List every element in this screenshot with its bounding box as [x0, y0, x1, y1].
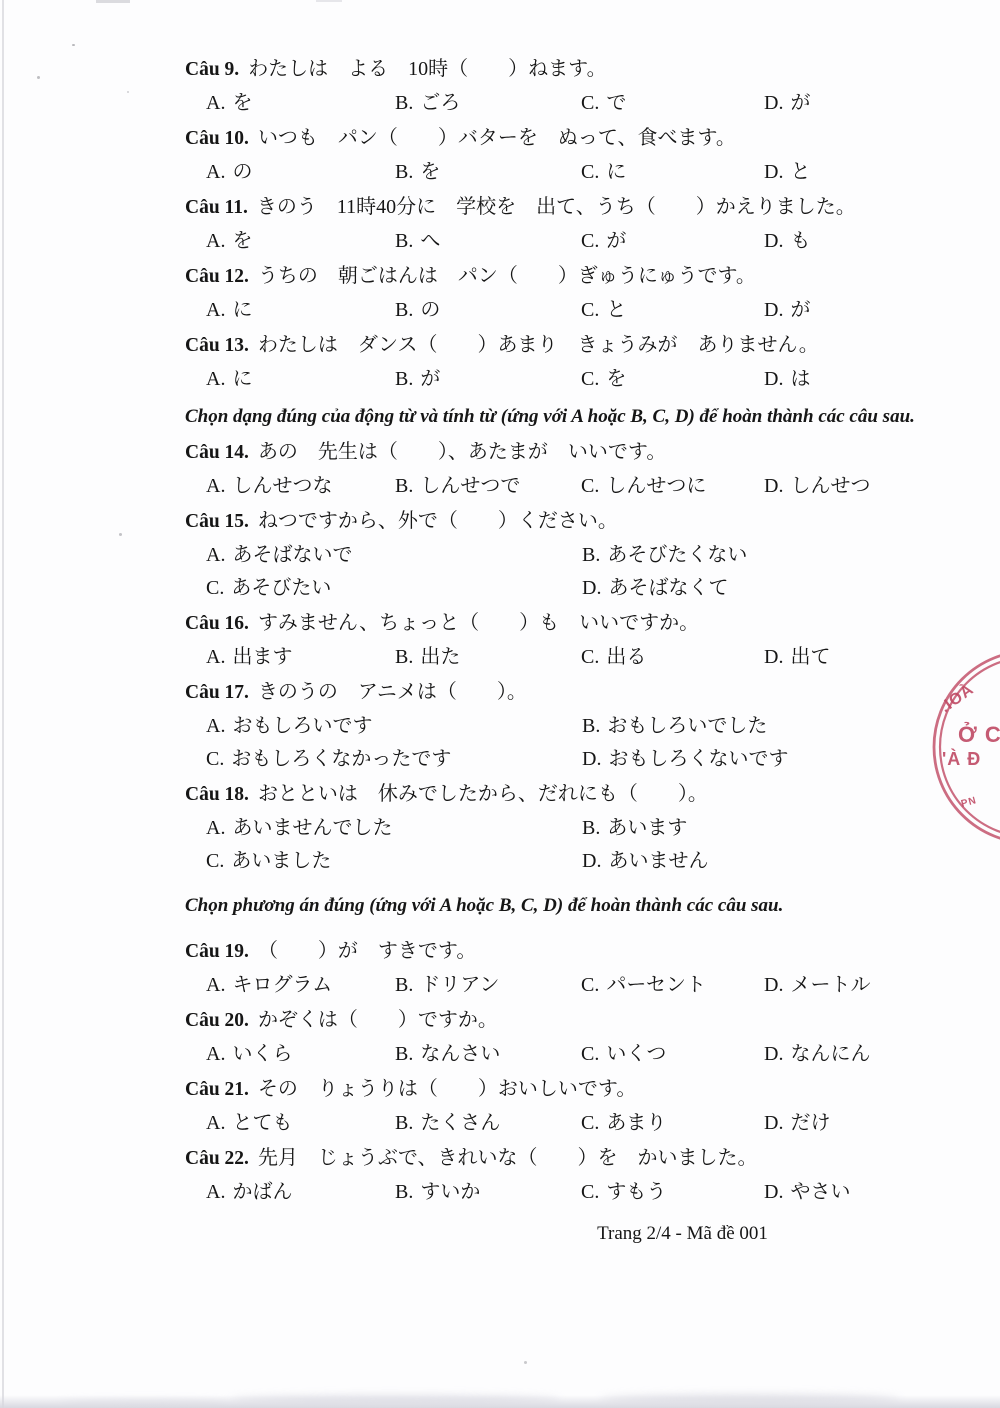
option-b: B.を — [395, 157, 581, 190]
question-text: おとといは 休みでしたから、だれにも（ ）。 — [258, 777, 708, 811]
option-text: を — [606, 368, 626, 390]
option-letter: C. — [581, 1181, 599, 1203]
option-letter: A. — [206, 230, 225, 252]
option-text: おもしろくなかったです — [231, 748, 451, 770]
question-number: Câu 13. — [185, 329, 249, 363]
question-number: Câu 19. — [185, 935, 249, 969]
option-text: も — [790, 230, 810, 252]
option-a: A.あそばないで — [206, 540, 582, 573]
scan-edge-bottom — [0, 1395, 1000, 1408]
option-text: あそびたい — [231, 577, 331, 599]
option-c: C.あまり — [581, 1108, 764, 1141]
option-a: A.おもしろいです — [206, 711, 582, 744]
official-stamp-partial: .IOÀ Ở C 'À Đ PN — [942, 645, 1000, 840]
option-letter: B. — [395, 646, 413, 668]
question-line: Câu 11.きのう 11時40分に 学校を 出て、うち（ ）かえりました。 — [185, 190, 925, 226]
option-c: C.を — [581, 364, 764, 397]
option-letter: A. — [206, 1181, 225, 1203]
option-letter: A. — [206, 715, 225, 737]
options-row: C.あいましたD.あいません — [185, 846, 925, 879]
option-letter: C. — [581, 475, 599, 497]
question-text: うちの 朝ごはんは パン（ ）ぎゅうにゅうです。 — [258, 259, 756, 293]
option-text: たくさん — [420, 1112, 500, 1134]
option-letter: B. — [395, 368, 413, 390]
option-letter: A. — [206, 92, 225, 114]
option-text: 出た — [420, 646, 460, 668]
option-b: B.しんせつで — [395, 471, 581, 504]
options-row: A.かばんB.すいかC.すもうD.やさい — [185, 1177, 925, 1210]
option-letter: D. — [764, 1181, 783, 1203]
option-letter: D. — [764, 299, 783, 321]
options-row: C.あそびたいD.あそばなくて — [185, 573, 925, 606]
option-text: あいませんでした — [232, 817, 392, 839]
question-number: Câu 18. — [185, 778, 249, 812]
option-d: D.メートル — [764, 970, 925, 1003]
option-text: メートル — [790, 974, 870, 996]
option-letter: D. — [764, 161, 783, 183]
option-a: A.に — [206, 364, 395, 397]
option-letter: A. — [206, 475, 225, 497]
option-a: A.とても — [206, 1108, 395, 1141]
question-text: わたしは よる 10時（ ）ねます。 — [248, 52, 606, 86]
option-text: は — [790, 368, 810, 390]
option-a: A.の — [206, 157, 395, 190]
option-a: A.しんせつな — [206, 471, 395, 504]
options-row: A.おもしろいですB.おもしろいでした — [185, 711, 925, 744]
option-d: D.おもしろくないです — [582, 744, 925, 777]
option-text: やさい — [790, 1181, 850, 1203]
option-letter: C. — [581, 230, 599, 252]
option-text: 出て — [790, 646, 830, 668]
option-b: B.たくさん — [395, 1108, 581, 1141]
stamp-small-text: PN — [960, 795, 978, 810]
question-text: いつも パン（ ）バターを ぬって、食べます。 — [258, 121, 736, 155]
question-list: Câu 9.わたしは よる 10時（ ）ねます。A.をB.ごろC.でD.がCâu… — [185, 52, 925, 1245]
question-line: Câu 15.ねつですから、外で（ ）ください。 — [185, 504, 925, 540]
option-d: D.しんせつ — [764, 471, 925, 504]
option-text: あそばなくて — [608, 577, 728, 599]
option-c: C.おもしろくなかったです — [206, 744, 582, 777]
option-c: C.いくつ — [581, 1039, 764, 1072]
options-row: A.にB.がC.をD.は — [185, 364, 925, 397]
option-letter: B. — [395, 475, 413, 497]
options-row: A.キログラムB.ドリアンC.パーセントD.メートル — [185, 970, 925, 1003]
question-line: Câu 14.あの 先生は（ ）、あたまが いいです。 — [185, 435, 925, 471]
option-text: の — [232, 161, 252, 183]
option-b: B.あそびたくない — [582, 540, 925, 573]
option-text: すもう — [606, 1181, 666, 1203]
option-letter: A. — [206, 368, 225, 390]
question-line: Câu 10.いつも パン（ ）バターを ぬって、食べます。 — [185, 121, 925, 157]
option-letter: A. — [206, 646, 225, 668]
question-line: Câu 20.かぞくは（ ）ですか。 — [185, 1003, 925, 1039]
question-number: Câu 22. — [185, 1142, 249, 1176]
option-c: C.と — [581, 295, 764, 328]
options-row: A.あいませんでしたB.あいます — [185, 813, 925, 846]
option-letter: C. — [206, 850, 224, 872]
question-text: わたしは ダンス（ ）あまり きょうみが ありません。 — [258, 328, 819, 362]
option-d: D.だけ — [764, 1108, 925, 1141]
option-a: A.を — [206, 88, 395, 121]
question-text: すみません、ちょっと（ ）も いいですか。 — [258, 606, 699, 640]
question-text: その りょうりは（ ）おいしいです。 — [258, 1072, 636, 1106]
option-d: D.やさい — [764, 1177, 925, 1210]
question-text: きのう 11時40分に 学校を 出て、うち（ ）かえりました。 — [257, 190, 856, 224]
option-text: しんせつな — [232, 475, 332, 497]
option-text: と — [790, 161, 810, 183]
option-d: D.は — [764, 364, 925, 397]
question-text: （ ）が すきです。 — [258, 934, 476, 968]
question-line: Câu 17.きのうの アニメは（ ）。 — [185, 675, 925, 711]
stamp-outer-ring — [934, 651, 1000, 843]
option-text: に — [606, 161, 626, 183]
question-number: Câu 17. — [185, 676, 249, 710]
option-c: C.すもう — [581, 1177, 764, 1210]
option-letter: D. — [764, 1112, 783, 1134]
option-letter: B. — [395, 1043, 413, 1065]
option-c: C.パーセント — [581, 970, 764, 1003]
option-b: B.おもしろいでした — [582, 711, 925, 744]
option-b: B.あいます — [582, 813, 925, 846]
question-text: あの 先生は（ ）、あたまが いいです。 — [258, 435, 666, 469]
option-d: D.あいません — [582, 846, 925, 879]
question-number: Câu 10. — [185, 122, 249, 156]
option-text: ドリアン — [420, 974, 499, 996]
option-text: に — [232, 368, 252, 390]
option-letter: C. — [581, 1043, 599, 1065]
option-c: C.で — [581, 88, 764, 121]
option-text: しんせつ — [790, 475, 870, 497]
scan-speck — [72, 44, 75, 46]
option-letter: A. — [206, 1043, 225, 1065]
option-text: いくつ — [606, 1043, 666, 1065]
option-text: しんせつで — [420, 475, 520, 497]
option-letter: B. — [582, 817, 600, 839]
option-c: C.しんせつに — [581, 471, 764, 504]
option-text: を — [420, 161, 440, 183]
option-text: で — [606, 92, 626, 114]
question-number: Câu 12. — [185, 260, 249, 294]
scan-speck — [127, 91, 129, 93]
option-letter: B. — [395, 1112, 413, 1134]
option-text: あいます — [607, 817, 687, 839]
option-letter: D. — [582, 850, 601, 872]
option-text: パーセント — [606, 974, 706, 996]
option-text: なんさい — [420, 1043, 500, 1065]
option-letter: C. — [581, 1112, 599, 1134]
option-letter: B. — [395, 161, 413, 183]
option-text: いくら — [232, 1043, 292, 1065]
option-text: キログラム — [232, 974, 332, 996]
option-a: A.あいませんでした — [206, 813, 582, 846]
scan-edge-top-mark — [316, 0, 342, 2]
option-letter: C. — [206, 748, 224, 770]
option-text: かばん — [232, 1181, 292, 1203]
question-line: Câu 18.おとといは 休みでしたから、だれにも（ ）。 — [185, 777, 925, 813]
option-text: を — [232, 230, 252, 252]
option-b: B.の — [395, 295, 581, 328]
option-b: B.ごろ — [395, 88, 581, 121]
option-d: D.も — [764, 226, 925, 259]
option-d: D.と — [764, 157, 925, 190]
option-text: あそばないで — [232, 544, 352, 566]
option-text: の — [420, 299, 440, 321]
question-number: Câu 21. — [185, 1073, 249, 1107]
options-row: A.とてもB.たくさんC.あまりD.だけ — [185, 1108, 925, 1141]
question-number: Câu 11. — [185, 191, 248, 225]
option-b: B.へ — [395, 226, 581, 259]
scan-edge-left — [2, 0, 4, 1408]
option-d: D.出て — [764, 642, 925, 675]
option-letter: A. — [206, 299, 225, 321]
option-d: D.なんにん — [764, 1039, 925, 1072]
option-letter: B. — [582, 544, 600, 566]
option-letter: B. — [395, 230, 413, 252]
option-text: とても — [232, 1112, 292, 1134]
option-text: が — [606, 230, 626, 252]
question-number: Câu 15. — [185, 505, 249, 539]
option-letter: A. — [206, 817, 225, 839]
option-text: 出ます — [232, 646, 292, 668]
options-row: A.出ますB.出たC.出るD.出て — [185, 642, 925, 675]
option-text: おもしろいでした — [607, 715, 767, 737]
option-text: あそびたくない — [607, 544, 747, 566]
option-letter: A. — [206, 974, 225, 996]
option-b: B.ドリアン — [395, 970, 581, 1003]
option-c: C.あそびたい — [206, 573, 582, 606]
question-text: かぞくは（ ）ですか。 — [258, 1003, 498, 1037]
question-number: Câu 16. — [185, 607, 249, 641]
option-d: D.あそばなくて — [582, 573, 925, 606]
option-b: B.なんさい — [395, 1039, 581, 1072]
stamp-center-text-2: 'À Đ — [942, 748, 981, 769]
options-row: A.のB.をC.にD.と — [185, 157, 925, 190]
option-letter: D. — [764, 1043, 783, 1065]
scan-speck — [524, 1361, 527, 1364]
option-text: おもしろいです — [232, 715, 372, 737]
stamp-center-text-1: Ở C — [958, 722, 1000, 747]
options-row: A.にB.のC.とD.が — [185, 295, 925, 328]
question-line: Câu 19.（ ）が すきです。 — [185, 934, 925, 970]
option-c: C.出る — [581, 642, 764, 675]
option-letter: D. — [764, 475, 783, 497]
question-text: ねつですから、外で（ ）ください。 — [258, 504, 618, 538]
options-row: C.おもしろくなかったですD.おもしろくないです — [185, 744, 925, 777]
page-footer: Trang 2/4 - Mã đề 001 — [315, 1223, 1000, 1245]
option-text: おもしろくないです — [608, 748, 788, 770]
option-letter: B. — [395, 1181, 413, 1203]
option-letter: B. — [395, 299, 413, 321]
question-line: Câu 21.その りょうりは（ ）おいしいです。 — [185, 1072, 925, 1108]
options-row: A.いくらB.なんさいC.いくつD.なんにん — [185, 1039, 925, 1072]
option-letter: C. — [581, 368, 599, 390]
option-letter: C. — [581, 92, 599, 114]
option-a: A.出ます — [206, 642, 395, 675]
option-a: A.キログラム — [206, 970, 395, 1003]
options-row: A.をB.へC.がD.も — [185, 226, 925, 259]
scan-speck — [119, 533, 122, 536]
option-letter: C. — [581, 974, 599, 996]
option-text: に — [232, 299, 252, 321]
option-d: D.が — [764, 88, 925, 121]
question-text: きのうの アニメは（ ）。 — [258, 675, 527, 709]
option-text: が — [790, 92, 810, 114]
scan-speck — [37, 76, 40, 79]
option-letter: D. — [764, 974, 783, 996]
option-letter: A. — [206, 1112, 225, 1134]
scan-edge-top-mark — [96, 0, 130, 3]
option-letter: A. — [206, 544, 225, 566]
option-letter: D. — [582, 748, 601, 770]
option-text: あいません — [608, 850, 708, 872]
question-line: Câu 13.わたしは ダンス（ ）あまり きょうみが ありません。 — [185, 328, 925, 364]
options-row: A.あそばないでB.あそびたくない — [185, 540, 925, 573]
option-letter: C. — [206, 577, 224, 599]
question-line: Câu 22.先月 じょうぶで、きれいな（ ）を かいました。 — [185, 1141, 925, 1177]
option-b: B.すいか — [395, 1177, 581, 1210]
option-letter: D. — [764, 230, 783, 252]
option-letter: A. — [206, 161, 225, 183]
option-d: D.が — [764, 295, 925, 328]
question-line: Câu 9.わたしは よる 10時（ ）ねます。 — [185, 52, 925, 88]
option-text: を — [232, 92, 252, 114]
option-b: B.出た — [395, 642, 581, 675]
option-c: C.が — [581, 226, 764, 259]
option-a: A.を — [206, 226, 395, 259]
section-instruction: Chọn dạng đúng của động từ và tính từ (ứ… — [185, 404, 925, 430]
option-text: すいか — [420, 1181, 480, 1203]
option-text: ごろ — [420, 92, 460, 114]
option-letter: C. — [581, 299, 599, 321]
option-text: なんにん — [790, 1043, 870, 1065]
exam-paper-page: Câu 9.わたしは よる 10時（ ）ねます。A.をB.ごろC.でD.がCâu… — [0, 0, 1000, 1408]
question-number: Câu 20. — [185, 1004, 249, 1038]
options-row: A.をB.ごろC.でD.が — [185, 88, 925, 121]
option-text: へ — [420, 230, 440, 252]
option-text: あまり — [606, 1112, 666, 1134]
question-text: 先月 じょうぶで、きれいな（ ）を かいました。 — [258, 1141, 758, 1175]
option-text: が — [790, 299, 810, 321]
option-b: B.が — [395, 364, 581, 397]
option-letter: C. — [581, 161, 599, 183]
question-number: Câu 9. — [185, 53, 239, 87]
option-text: が — [420, 368, 440, 390]
option-text: しんせつに — [606, 475, 706, 497]
option-letter: D. — [764, 646, 783, 668]
option-letter: D. — [764, 92, 783, 114]
option-text: と — [606, 299, 626, 321]
option-text: 出る — [606, 646, 646, 668]
option-a: A.に — [206, 295, 395, 328]
option-text: だけ — [790, 1112, 830, 1134]
option-letter: C. — [581, 646, 599, 668]
option-letter: D. — [582, 577, 601, 599]
option-c: C.あいました — [206, 846, 582, 879]
question-number: Câu 14. — [185, 436, 249, 470]
stamp-inner-ring — [940, 657, 1000, 837]
option-letter: B. — [395, 92, 413, 114]
option-c: C.に — [581, 157, 764, 190]
question-line: Câu 16.すみません、ちょっと（ ）も いいですか。 — [185, 606, 925, 642]
option-a: A.かばん — [206, 1177, 395, 1210]
option-letter: B. — [582, 715, 600, 737]
option-letter: B. — [395, 974, 413, 996]
question-line: Câu 12.うちの 朝ごはんは パン（ ）ぎゅうにゅうです。 — [185, 259, 925, 295]
option-letter: D. — [764, 368, 783, 390]
section-instruction: Chọn phương án đúng (ứng với A hoặc B, C… — [185, 893, 925, 919]
option-a: A.いくら — [206, 1039, 395, 1072]
options-row: A.しんせつなB.しんせつでC.しんせつにD.しんせつ — [185, 471, 925, 504]
option-text: あいました — [231, 850, 331, 872]
